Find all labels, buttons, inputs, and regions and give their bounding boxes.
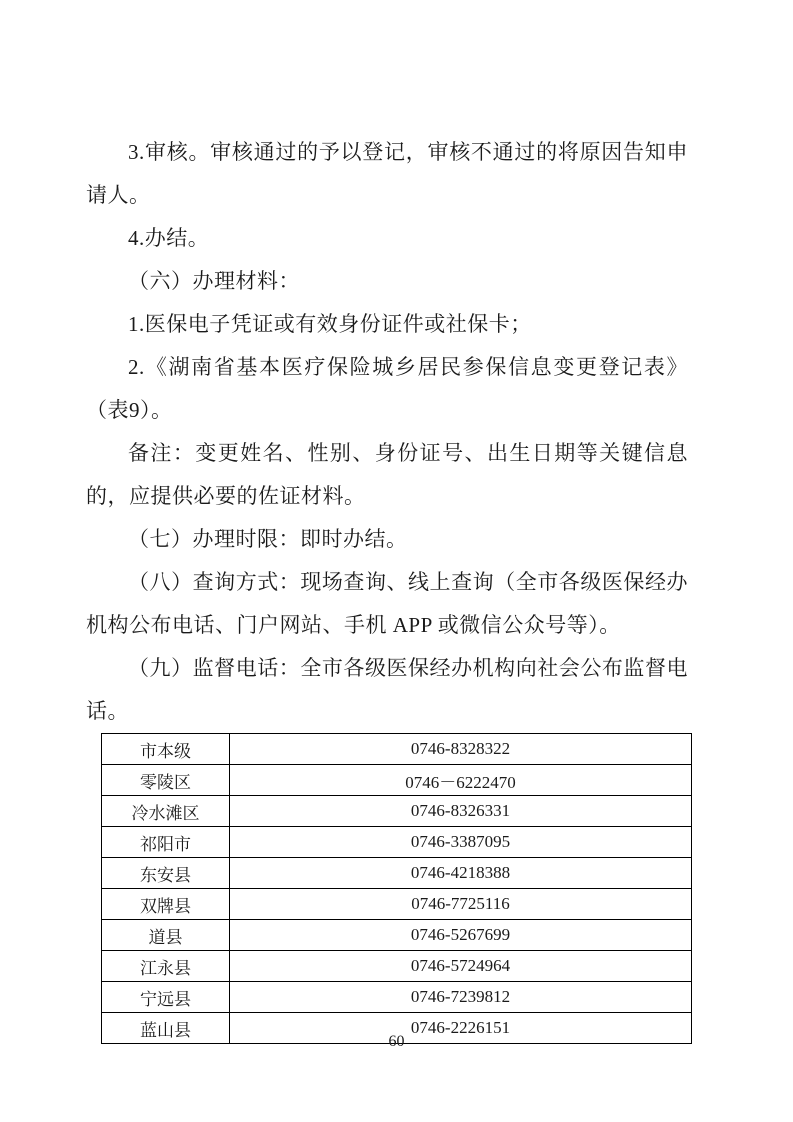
heading-time-limit: （七）办理时限：即时办结。 [86,518,688,561]
table-row: 市本级 0746-8328322 [102,734,692,765]
phone-cell: 0746－6222470 [230,765,692,796]
page-number: 60 [0,1033,793,1051]
document-body: 3.审核。审核通过的予以登记，审核不通过的将原因告知申请人。 4.办结。 （六）… [86,131,688,1044]
table-row: 宁远县 0746-7239812 [102,982,692,1013]
region-cell: 宁远县 [102,982,230,1013]
phone-cell: 0746-8326331 [230,796,692,827]
table-row: 冷水滩区 0746-8326331 [102,796,692,827]
supervision-phone-table: 市本级 0746-8328322 零陵区 0746－6222470 冷水滩区 0… [101,733,692,1044]
paragraph-step-review: 3.审核。审核通过的予以登记，审核不通过的将原因告知申请人。 [86,131,688,217]
region-cell: 道县 [102,920,230,951]
table-row: 道县 0746-5267699 [102,920,692,951]
table-row: 江永县 0746-5724964 [102,951,692,982]
region-cell: 东安县 [102,858,230,889]
phone-cell: 0746-7239812 [230,982,692,1013]
table-row: 双牌县 0746-7725116 [102,889,692,920]
table-row: 祁阳市 0746-3387095 [102,827,692,858]
region-cell: 双牌县 [102,889,230,920]
table-row: 东安县 0746-4218388 [102,858,692,889]
heading-materials: （六）办理材料： [86,260,688,303]
region-cell: 冷水滩区 [102,796,230,827]
phone-cell: 0746-4218388 [230,858,692,889]
document-page: 3.审核。审核通过的予以登记，审核不通过的将原因告知申请人。 4.办结。 （六）… [0,0,793,1122]
phone-cell: 0746-5267699 [230,920,692,951]
paragraph-note: 备注：变更姓名、性别、身份证号、出生日期等关键信息的，应提供必要的佐证材料。 [86,432,688,518]
region-cell: 江永县 [102,951,230,982]
paragraph-step-complete: 4.办结。 [86,217,688,260]
paragraph-material-2: 2.《湖南省基本医疗保险城乡居民参保信息变更登记表》（表9）。 [86,346,688,432]
phone-cell: 0746-8328322 [230,734,692,765]
heading-supervision-phone: （九）监督电话：全市各级医保经办机构向社会公布监督电话。 [86,647,688,733]
region-cell: 祁阳市 [102,827,230,858]
region-cell: 市本级 [102,734,230,765]
paragraph-material-1: 1.医保电子凭证或有效身份证件或社保卡； [86,303,688,346]
phone-cell: 0746-5724964 [230,951,692,982]
phone-cell: 0746-7725116 [230,889,692,920]
phone-cell: 0746-3387095 [230,827,692,858]
region-cell: 零陵区 [102,765,230,796]
heading-query-method: （八）查询方式：现场查询、线上查询（全市各级医保经办机构公布电话、门户网站、手机… [86,561,688,647]
table-row: 零陵区 0746－6222470 [102,765,692,796]
